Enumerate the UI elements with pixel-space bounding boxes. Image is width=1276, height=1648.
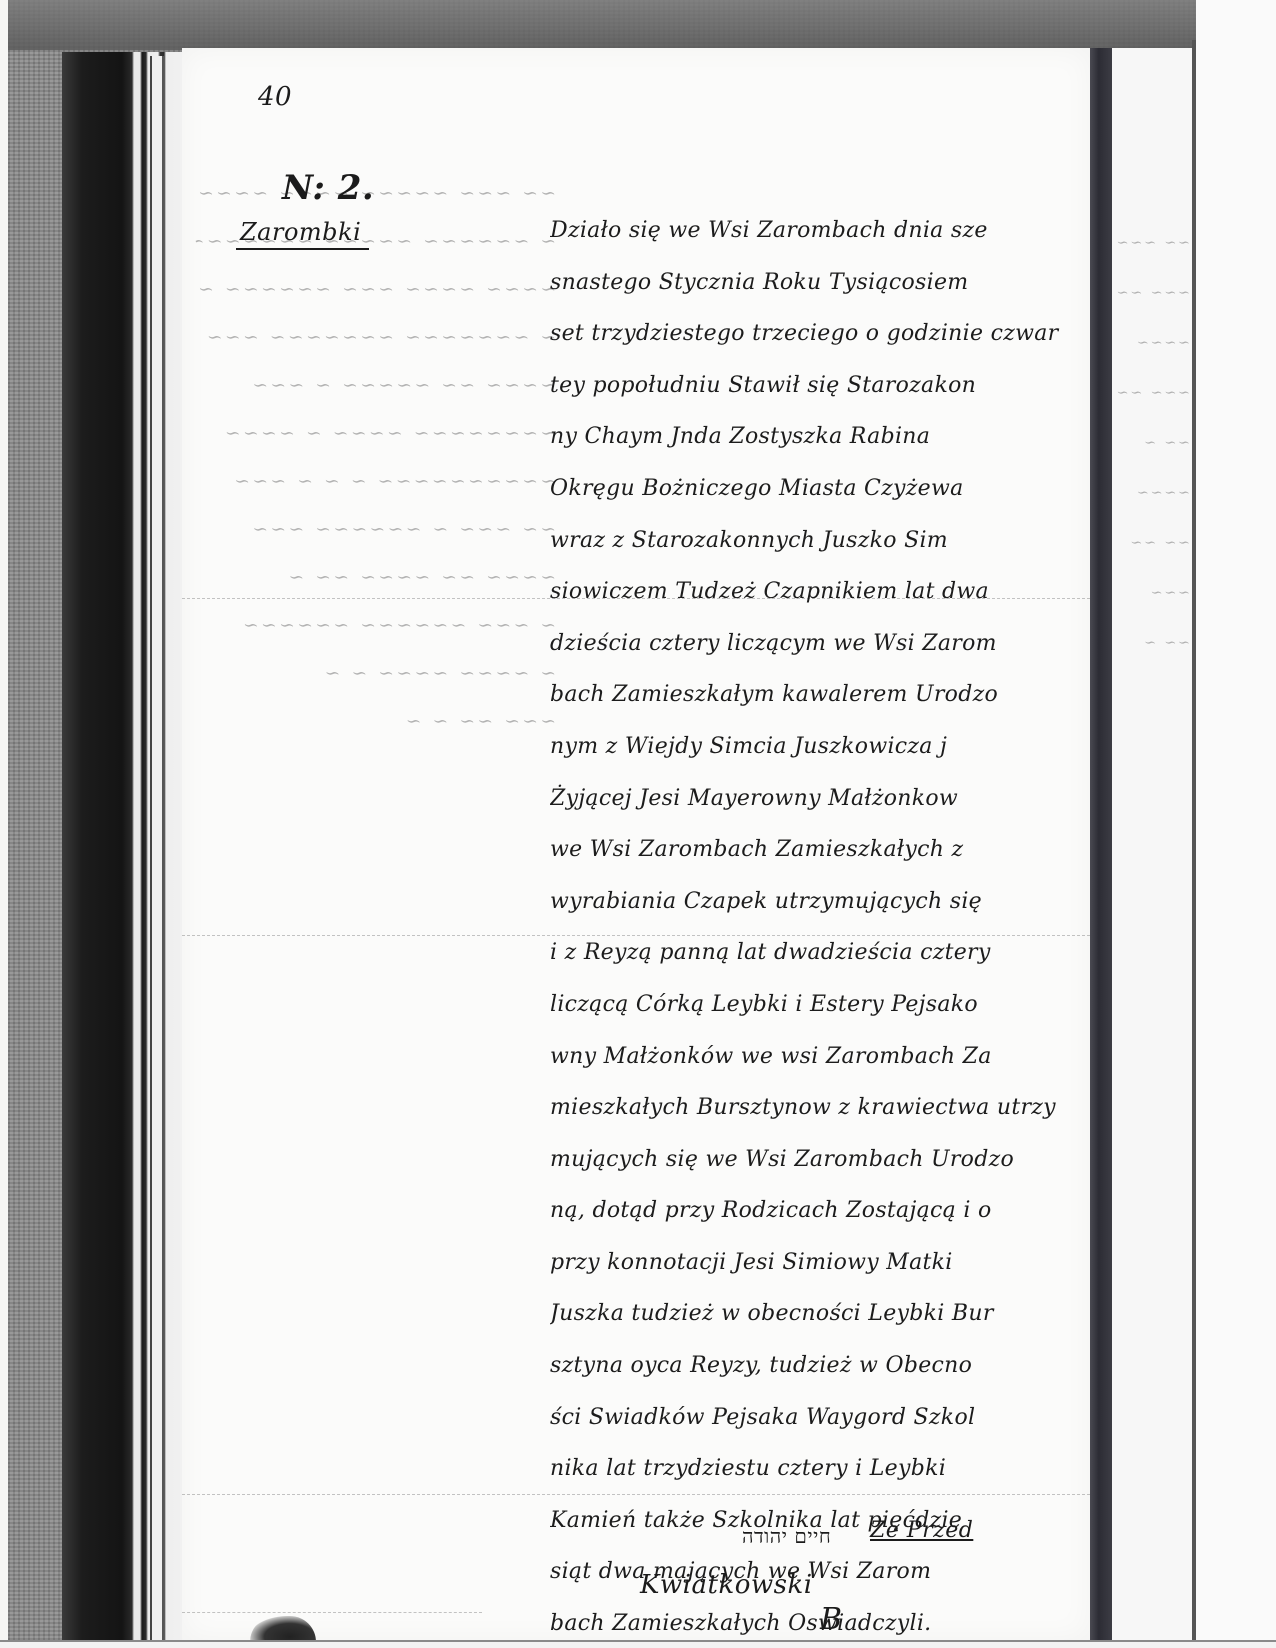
body-line: liczącą Córką Leybki i Estery Pejsako xyxy=(550,979,1090,1031)
bleed-line: ~~ ~~ xyxy=(1108,518,1198,568)
body-line: Działo się we Wsi Zarombach dnia sze xyxy=(550,205,1090,257)
body-line: tey popołudniu Stawił się Starozakon xyxy=(550,360,1090,412)
body-line: ny Chaym Jnda Zostyszka Rabina xyxy=(550,411,1090,463)
body-line: siąt dwa mających we Wsi Zarom xyxy=(550,1546,1090,1598)
body-line: bach Zamieszkałym kawalerem Urodzo xyxy=(550,669,1090,721)
body-line: mieszkałych Bursztynow z krawiectwa utrz… xyxy=(550,1082,1090,1134)
bleed-line: ~~ ~ xyxy=(1108,618,1198,668)
bleed-line: ~~~ xyxy=(1108,568,1198,618)
signature-initial: B xyxy=(820,1602,843,1637)
body-line: ści Swiadków Pejsaka Waygord Szkol xyxy=(550,1392,1090,1444)
bleed-through-text-left: ~~ ~~~ ~~~~~ ~~~~ ~~~~~ ~ ~~~~~~ ~~~~~ ~… xyxy=(196,170,556,746)
body-line: set trzydziestego trzeciego o godzinie c… xyxy=(550,308,1090,360)
bleed-line: ~~~~~~~~~~ ~ ~ ~ ~~~ xyxy=(188,458,564,506)
bleed-line: ~~~ ~~ xyxy=(1108,368,1198,418)
body-line: wny Małżonków we wsi Zarombach Za xyxy=(550,1031,1090,1083)
body-line: siowiczem Tudzeż Czapnikiem lat dwa xyxy=(550,566,1090,618)
bleed-line: ~~~~ ~~~~ ~~~ ~~~~~~ ~ ~~~ xyxy=(188,266,564,314)
body-line: nym z Wiejdy Simcia Juszkowicza j xyxy=(550,721,1090,773)
bleed-line: ~~ ~ xyxy=(1108,418,1198,468)
bleed-line: ~~~ ~~ ~ ~ xyxy=(188,698,564,746)
scan-bottom-edge xyxy=(0,1640,1276,1648)
margin-place-name: Zarombki xyxy=(236,218,369,250)
faint-ruled-line xyxy=(182,1612,482,1614)
bleed-through-text-right-margin: ~~ ~~~ ~~~ ~~ ~~~~ ~~~ ~~ ~~ ~ ~~~~ ~~ ~… xyxy=(1116,218,1190,668)
bleed-line: ~~~~ ~~ ~~~~ ~~ ~ xyxy=(188,554,564,602)
body-line: Żyjącej Jesi Mayerowny Małżonkow xyxy=(550,773,1090,825)
book-binding-gutter xyxy=(62,52,182,1640)
signature-official: Kwiatkowski xyxy=(640,1570,813,1600)
scan-top-shadow xyxy=(8,0,1240,50)
folio-number: 40 xyxy=(258,82,292,112)
body-line: Juszka tudzież w obecności Leybki Bur xyxy=(550,1288,1090,1340)
body-line: wyrabiania Czapek utrzymujących się xyxy=(550,876,1090,928)
page-right-edge-shadow xyxy=(1090,48,1112,1640)
bleed-line: ~ ~~~ ~~~~~~ ~~~~~~ xyxy=(188,602,564,650)
body-line: sztyna oyca Reyzy, tudzież w Obecno xyxy=(550,1340,1090,1392)
bleed-line: ~~~~ ~~ ~~~~~ ~ ~~~ xyxy=(188,362,564,410)
bleed-line: ~~ ~~~ xyxy=(1108,218,1198,268)
body-line: snastego Stycznia Roku Tysiącosiem xyxy=(550,257,1090,309)
signature-rabbi-hebrew: חיים יהודה xyxy=(742,1524,831,1549)
bleed-line: ~~~~ xyxy=(1108,318,1198,368)
bleed-line: ~~~~~~~~ ~~~~ ~ ~~~~ xyxy=(188,410,564,458)
body-line: we Wsi Zarombach Zamieszkałych z xyxy=(550,824,1090,876)
bleed-line: ~~ ~~~ ~ ~~~~~~ ~~~ xyxy=(188,506,564,554)
binding-fold-strip xyxy=(150,56,164,1640)
body-line: mujących się we Wsi Zarombach Urodzo xyxy=(550,1134,1090,1186)
bleed-line: ~~~ ~~ xyxy=(1108,268,1198,318)
bleed-line: ~ ~~~~ ~~~~ ~ ~ xyxy=(188,650,564,698)
bleed-line: ~~ ~~~ ~~~~~ ~~~~ ~~~~~ xyxy=(188,170,564,218)
body-line: przy konnotacji Jesi Simiowy Matki xyxy=(550,1237,1090,1289)
body-line: Okręgu Bożniczego Miasta Czyżewa xyxy=(550,463,1090,515)
signature-rabbi-latin: Ze Przed xyxy=(870,1518,973,1543)
bleed-line: ~ ~~~~~~~ ~~~~~~~ ~~~ xyxy=(188,314,564,362)
body-line: dzieścia cztery liczącym we Wsi Zarom xyxy=(550,618,1090,670)
bleed-line: ~~~~ xyxy=(1108,468,1198,518)
body-line: wraz z Starozakonnych Juszko Sim xyxy=(550,515,1090,567)
entry-number: N: 2. xyxy=(282,168,374,208)
body-line: i z Reyzą panną lat dwadzieścia cztery xyxy=(550,927,1090,979)
entry-body-text: Działo się we Wsi Zarombach dnia sze sna… xyxy=(550,205,1090,1648)
body-line: nika lat trzydziestu cztery i Leybki xyxy=(550,1443,1090,1495)
body-line: ną, dotąd przy Rodzicach Zostającą i o xyxy=(550,1185,1090,1237)
scan-outside-area xyxy=(1196,0,1276,1648)
